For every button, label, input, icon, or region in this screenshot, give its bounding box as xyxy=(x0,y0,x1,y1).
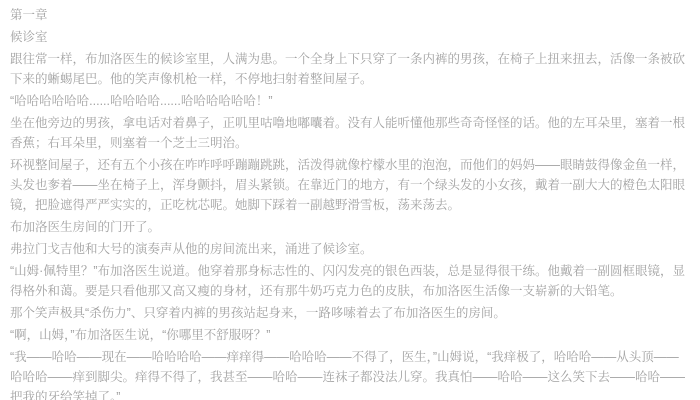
paragraph: “哈哈哈哈哈哈......哈哈哈哈......哈哈哈哈哈哈！” xyxy=(10,91,690,111)
document-page: 第一章 候诊室 跟往常一样，布加洛医生的候诊室里，人满为患。一个全身上下只穿了一… xyxy=(0,0,700,400)
paragraph: 弗拉门戈吉他和大号的演奏声从他的房间流出来，涌进了候诊室。 xyxy=(10,239,690,259)
paragraph: “山姆·佩特里？”布加洛医生说道。他穿着那身标志性的、闪闪发亮的银色西装，总是显… xyxy=(10,261,690,301)
paragraph: 那个笑声极具“杀伤力”、只穿着内裤的男孩站起身来，一路哆嗦着去了布加洛医生的房间… xyxy=(10,303,690,323)
paragraph: 环视整间屋子，还有五个小孩在咋咋呼呼蹦蹦跳跳，活泼得就像柠檬水里的泡泡，而他们的… xyxy=(10,155,690,215)
chapter-title: 第一章 xyxy=(10,5,690,25)
section-title: 候诊室 xyxy=(10,27,690,47)
paragraph: “啊，山姆，”布加洛医生说，“你哪里不舒服呀？” xyxy=(10,325,690,345)
paragraph: 布加洛医生房间的门开了。 xyxy=(10,217,690,237)
paragraph: 跟往常一样，布加洛医生的候诊室里，人满为患。一个全身上下只穿了一条内裤的男孩，在… xyxy=(10,49,690,89)
paragraph: 坐在他旁边的男孩，拿电话对着鼻子，正叽里咕噜地嘟囔着。没有人能听懂他那些奇奇怪怪… xyxy=(10,113,690,153)
paragraph: “我——哈哈——现在——哈哈哈哈——痒痒得——哈哈哈——不得了，医生，”山姆说，… xyxy=(10,347,690,400)
